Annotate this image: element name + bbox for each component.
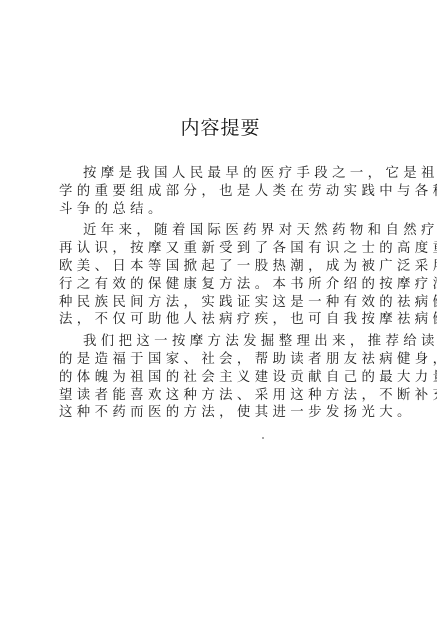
text-line: 法，不仅可助他人祛病疗疾，也可自我按摩祛病健身。 xyxy=(59,311,383,329)
text-line: 我们把这一按摩方法发掘整理出来，推荐给读者，目 xyxy=(59,333,383,351)
text-line: 行之有效的保健康复方法。本书所介绍的按摩疗法是一 xyxy=(59,276,383,294)
text-line: 欧美、日本等国掀起了一股热潮，成为被广泛采用的一种 xyxy=(59,258,383,276)
text-line: 近年来，随着国际医药界对天然药物和自然疗法的 xyxy=(59,222,383,240)
paragraph-1: 按摩是我国人民最早的医疗手段之一，它是祖国医 学的重要组成部分，也是人类在劳动实… xyxy=(59,165,383,218)
text-line: 的体魄为祖国的社会主义建设贡献自己的最大力量。期 xyxy=(59,369,383,387)
text-line: 的是造福于国家、社会，帮助读者朋友祛病健身，以良好 xyxy=(59,351,383,369)
text-line: 种民族民间方法，实践证实这是一种有效的祛病健身方 xyxy=(59,294,383,312)
text-line: 望读者能喜欢这种方法、采用这种方法，不断补充和完善 xyxy=(59,387,383,405)
text-line: 学的重要组成部分，也是人类在劳动实践中与各种疾病 xyxy=(59,183,383,201)
page-title: 内容提要 xyxy=(0,116,437,140)
paragraph-2: 近年来，随着国际医药界对天然药物和自然疗法的 再认识，按摩又重新受到了各国有识之… xyxy=(59,222,383,329)
text-line: 斗争的总结。 xyxy=(59,201,383,219)
paragraph-3: 我们把这一按摩方法发掘整理出来，推荐给读者，目 的是造福于国家、社会，帮助读者朋… xyxy=(59,333,383,422)
text-line: 按摩是我国人民最早的医疗手段之一，它是祖国医 xyxy=(59,165,383,183)
abstract-body: 按摩是我国人民最早的医疗手段之一，它是祖国医 学的重要组成部分，也是人类在劳动实… xyxy=(59,165,383,422)
text-line: 这种不药而医的方法，使其进一步发扬光大。 xyxy=(59,404,383,422)
text-line: 再认识，按摩又重新受到了各国有识之士的高度重视，在 xyxy=(59,240,383,258)
document-page: 内容提要 按摩是我国人民最早的医疗手段之一，它是祖国医 学的重要组成部分，也是人… xyxy=(0,0,437,638)
scan-speck xyxy=(262,437,264,439)
